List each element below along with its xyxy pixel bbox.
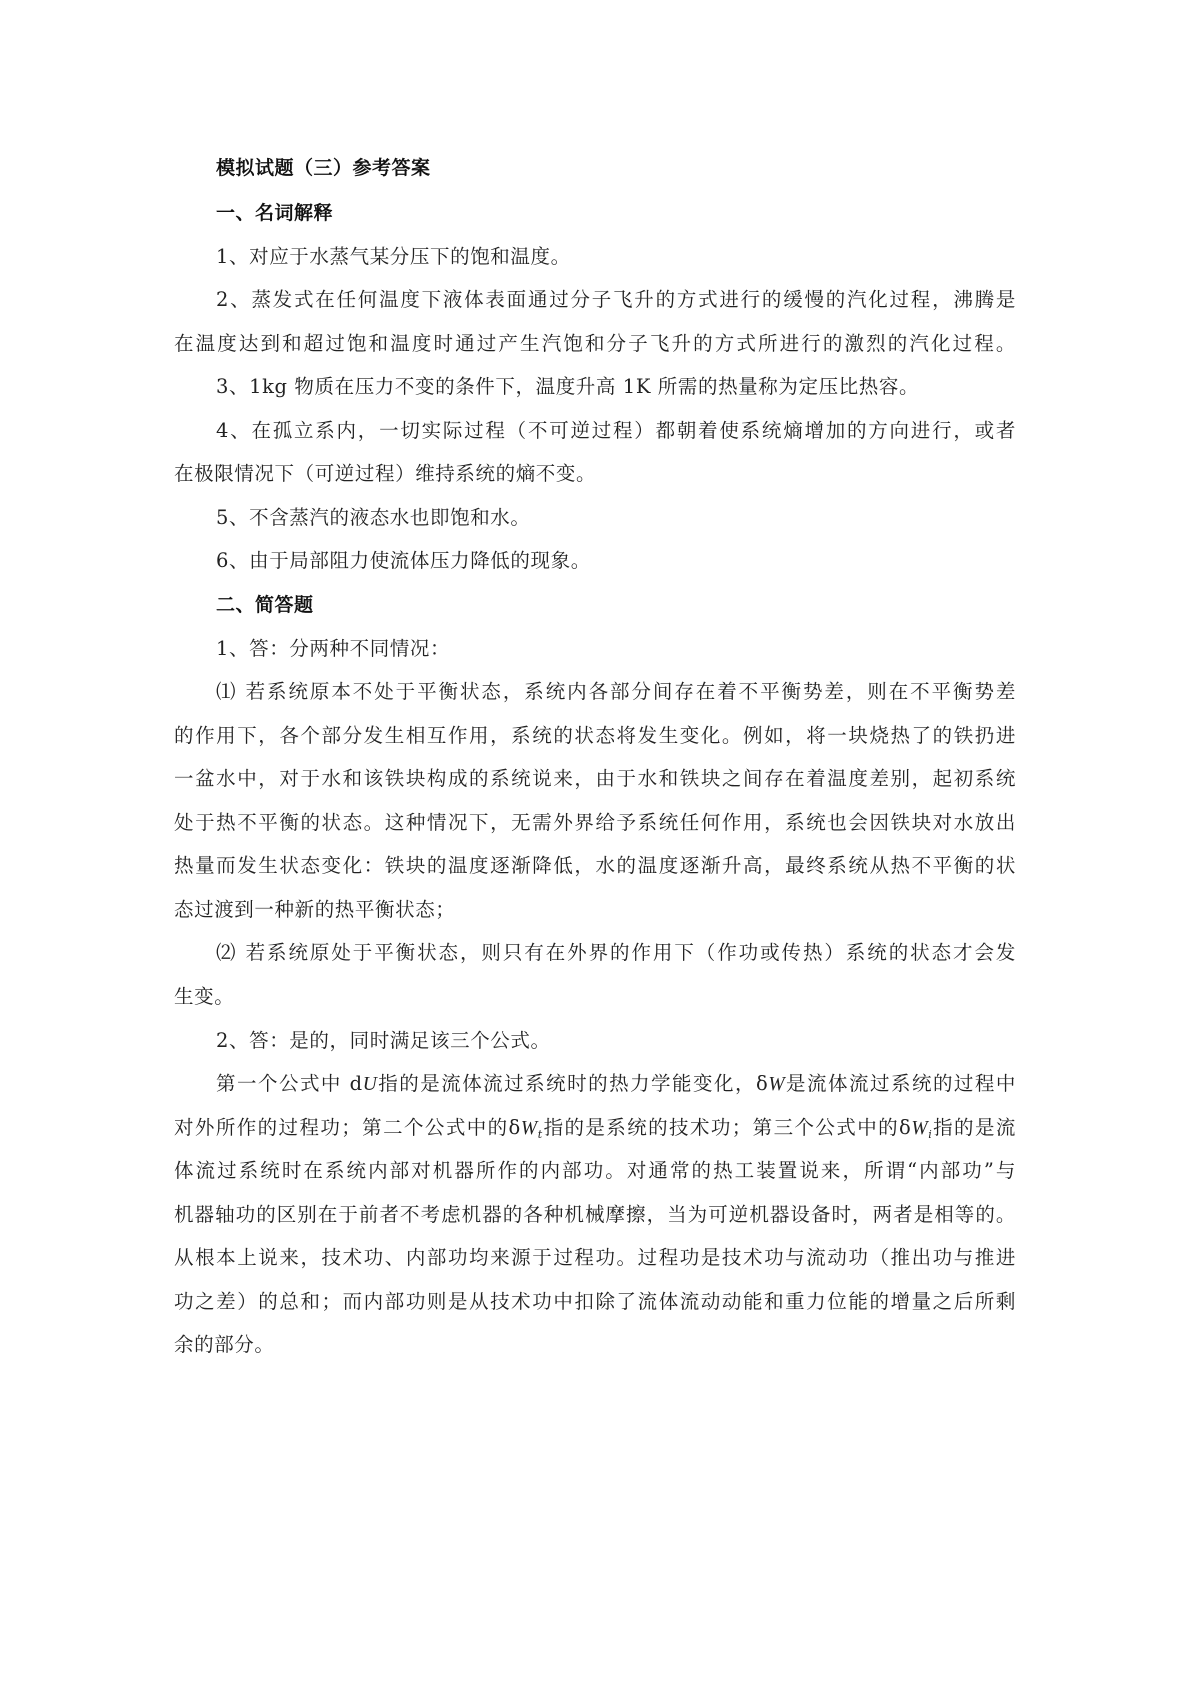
term-answer-4-line-2: 在极限情况下（可逆过程）维持系统的熵不变。 (174, 461, 1024, 487)
short-answer-1-case-1-line-3: 一盆水中，对于水和该铁块构成的系统说来，由于水和铁块之间存在着温度差别，起初系统 (174, 766, 1016, 792)
symbol-work-w: W (768, 1074, 785, 1095)
short-answer-1-case-1-line-4: 处于热不平衡的状态。这种情况下，无需外界给予系统任何作用，系统也会因铁块对水放出 (174, 810, 1016, 836)
text-segment: 指的是流体流过系统时的热力学能变化，δ (377, 1072, 768, 1095)
text-segment: 对外所作的过程功；第二个公式中的δ (174, 1116, 521, 1139)
short-answer-2-explain-line-4: 机器轴功的区别在于前者不考虑机器的各种机械摩擦，当为可逆机器设备时，两者是相等的… (174, 1202, 1016, 1228)
text-segment: 指的是系统的技术功；第三个公式中的δ (543, 1116, 912, 1139)
short-answer-2-explain-line-2: 对外所作的过程功；第二个公式中的δWt指的是系统的技术功；第三个公式中的δWi指… (174, 1115, 1016, 1148)
short-answer-2-explain-line-6: 功之差）的总和；而内部功则是从技术功中扣除了流体流动动能和重力位能的增量之后所剩 (174, 1289, 1016, 1315)
short-answer-1-case-1-line-1: ⑴ 若系统原本不处于平衡状态，系统内各部分间存在着不平衡势差，则在不平衡势差 (216, 679, 1016, 705)
term-answer-1: 1、对应于水蒸气某分压下的饱和温度。 (216, 244, 1066, 270)
symbol-internal-work-w: W (911, 1118, 928, 1139)
symbol-internal-energy-u: U (363, 1074, 378, 1095)
section-heading-terms: 一、名词解释 (216, 200, 333, 226)
short-answer-1-case-1-line-6: 态过渡到一种新的热平衡状态； (174, 897, 1024, 923)
document-title: 模拟试题（三）参考答案 (216, 155, 431, 181)
symbol-technical-work-w: W (521, 1118, 538, 1139)
short-answer-2-explain-line-1: 第一个公式中 dU指的是流体流过系统时的热力学能变化，δW是流体流过系统的过程中 (216, 1071, 1016, 1098)
document-page: 模拟试题（三）参考答案 一、名词解释 1、对应于水蒸气某分压下的饱和温度。 2、… (0, 0, 1190, 1683)
term-answer-5: 5、不含蒸汽的液态水也即饱和水。 (216, 505, 1066, 531)
short-answer-1-case-2-line-1: ⑵ 若系统原处于平衡状态，则只有在外界的作用下（作功或传热）系统的状态才会发 (216, 940, 1016, 966)
short-answer-1-case-1-line-2: 的作用下，各个部分发生相互作用，系统的状态将发生变化。例如，将一块烧热了的铁扔进 (174, 723, 1016, 749)
short-answer-1-intro: 1、答：分两种不同情况： (216, 636, 1066, 662)
short-answer-2-explain-line-7: 余的部分。 (174, 1332, 1024, 1358)
short-answer-1-case-1-line-5: 热量而发生状态变化：铁块的温度逐渐降低，水的温度逐渐升高，最终系统从热不平衡的状 (174, 853, 1016, 879)
term-answer-4-line-1: 4、在孤立系内，一切实际过程（不可逆过程）都朝着使系统熵增加的方向进行，或者 (216, 418, 1016, 444)
term-answer-3: 3、1kg 物质在压力不变的条件下，温度升高 1K 所需的热量称为定压比热容。 (216, 374, 1066, 400)
text-segment: 是流体流过系统的过程中 (785, 1072, 1016, 1095)
short-answer-2-explain-line-3: 体流过系统时在系统内部对机器所作的内部功。对通常的热工装置说来，所谓“内部功”与 (174, 1158, 1016, 1184)
short-answer-2-explain-line-5: 从根本上说来，技术功、内部功均来源于过程功。过程功是技术功与流动功（推出功与推进 (174, 1245, 1016, 1271)
short-answer-1-case-2-line-2: 生变。 (174, 984, 1024, 1010)
section-heading-short-answer: 二、简答题 (216, 592, 314, 618)
text-segment: 指的是流 (932, 1116, 1016, 1139)
text-segment: 第一个公式中 d (216, 1072, 363, 1095)
term-answer-6: 6、由于局部阻力使流体压力降低的现象。 (216, 548, 1066, 574)
term-answer-2-line-2: 在温度达到和超过饱和温度时通过产生汽饱和分子飞升的方式所进行的激烈的汽化过程。 (174, 331, 1016, 357)
short-answer-2-intro: 2、答：是的，同时满足该三个公式。 (216, 1028, 1066, 1054)
term-answer-2-line-1: 2、蒸发式在任何温度下液体表面通过分子飞升的方式进行的缓慢的汽化过程，沸腾是 (216, 287, 1016, 313)
